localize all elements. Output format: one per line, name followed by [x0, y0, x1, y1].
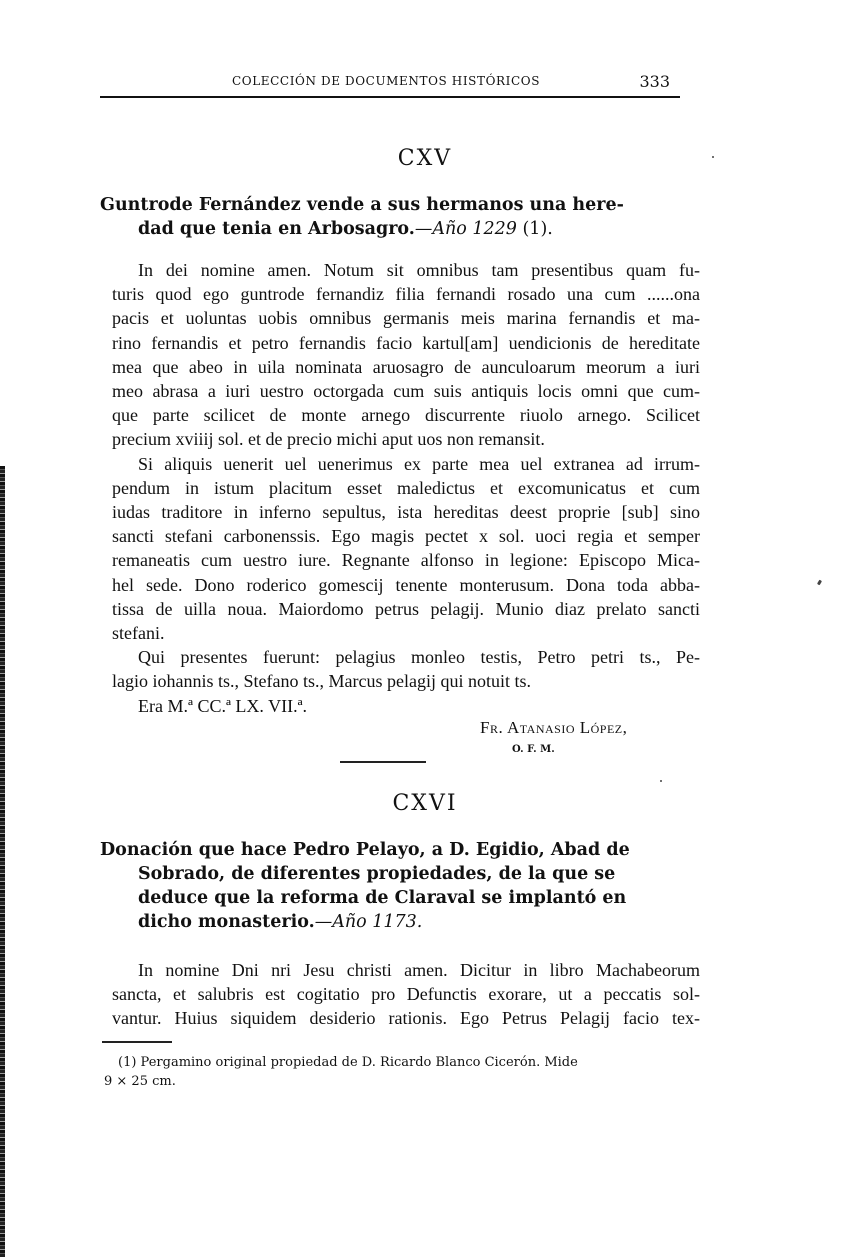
footnote: (1) Pergamino original propiedad de D. R… — [104, 1053, 700, 1091]
title-line: Guntrode Fernández vende a sus hermanos … — [100, 193, 700, 217]
text-line: tissa de uilla noua. Maiordomo petrus pe… — [112, 597, 700, 621]
document-title-cxv: Guntrode Fernández vende a sus hermanos … — [100, 193, 700, 241]
author-signature: Fr. Atanasio López, — [480, 718, 627, 738]
religious-order: O. F. M. — [512, 744, 555, 755]
text-line: mea que abeo in uila nominata aruosagro … — [112, 355, 700, 379]
scan-speck — [817, 580, 822, 586]
paragraph: Si aliquis uenerit uel uenerimus ex part… — [112, 452, 700, 646]
footnote-line: 9 × 25 cm. — [104, 1072, 700, 1091]
header-rule — [100, 96, 680, 98]
text-line: turis quod ego guntrode fernandiz filia … — [112, 282, 700, 306]
running-head: COLECCIÓN DE DOCUMENTOS HISTÓRICOS 333 — [100, 66, 680, 94]
page-binding-edge — [0, 466, 5, 1257]
text-line: In dei nomine amen. Notum sit omnibus ta… — [112, 258, 700, 282]
text-line: hel sede. Dono roderico gomescij tenente… — [112, 573, 700, 597]
document-body-cxvi: In nomine Dni nri Jesu christi amen. Dic… — [112, 958, 700, 1031]
running-head-title: COLECCIÓN DE DOCUMENTOS HISTÓRICOS — [232, 74, 540, 88]
text-line: Si aliquis uenerit uel uenerimus ex part… — [112, 452, 700, 476]
title-year: —Año 1173. — [315, 912, 423, 932]
paragraph: In nomine Dni nri Jesu christi amen. Dic… — [112, 958, 700, 1031]
text-line: sancta, et salubris est cogitatio pro De… — [112, 982, 700, 1006]
text-line: Qui presentes fuerunt: pelagius monleo t… — [112, 645, 700, 669]
scan-speck — [712, 156, 714, 158]
text-line: lagio iohannis ts., Stefano ts., Marcus … — [112, 669, 700, 693]
text-line: precium xviiij sol. et de precio michi a… — [112, 427, 700, 451]
title-line: dicho monasterio.—Año 1173. — [100, 910, 700, 934]
title-line: Sobrado, de diferentes propiedades, de l… — [100, 862, 700, 886]
page-number: 333 — [639, 72, 670, 91]
title-text: dad que tenia en Arbosagro. — [138, 219, 415, 239]
title-line: deduce que la reforma de Claraval se imp… — [100, 886, 700, 910]
footnote-line: (1) Pergamino original propiedad de D. R… — [104, 1053, 700, 1072]
scanned-page: COLECCIÓN DE DOCUMENTOS HISTÓRICOS 333 C… — [0, 0, 850, 1257]
title-year: —Año 1229 — [415, 219, 517, 239]
era-date-line: Era M.ª CC.ª LX. VII.ª. — [112, 694, 700, 718]
title-line: Donación que hace Pedro Pelayo, a D. Egi… — [100, 838, 700, 862]
document-body-cxv: In dei nomine amen. Notum sit omnibus ta… — [112, 258, 700, 718]
text-line: meo abrasa a iuri uestro octorgada cum s… — [112, 379, 700, 403]
text-line: iudas traditore in inferno sepultus, ist… — [112, 500, 700, 524]
document-title-cxvi: Donación que hace Pedro Pelayo, a D. Egi… — [100, 838, 700, 934]
text-line: pendum in istum placitum esset maledictu… — [112, 476, 700, 500]
text-line: sancti stefani carbonenssis. Ego magis p… — [112, 524, 700, 548]
paragraph: Qui presentes fuerunt: pelagius monleo t… — [112, 645, 700, 693]
text-line: In nomine Dni nri Jesu christi amen. Dic… — [112, 958, 700, 982]
text-line: vantur. Huius siquidem desiderio rationi… — [112, 1006, 700, 1030]
scan-speck — [660, 780, 662, 782]
document-number-cxvi: CXVI — [0, 791, 850, 816]
text-line: pacis et uoluntas uobis omnibus germanis… — [112, 306, 700, 330]
text-line: rino fernandis et petro fernandis facio … — [112, 331, 700, 355]
footnote-ref: (1). — [517, 219, 553, 239]
title-line: dad que tenia en Arbosagro.—Año 1229 (1)… — [100, 217, 700, 241]
document-number-cxv: CXV — [0, 146, 850, 171]
title-text: dicho monasterio. — [138, 912, 315, 932]
text-line: que parte scilicet de monte arnego discu… — [112, 403, 700, 427]
section-separator — [340, 761, 426, 763]
text-line: remaneatis cum uestro iure. Regnante alf… — [112, 548, 700, 572]
text-line: stefani. — [112, 621, 700, 645]
footnote-rule — [102, 1041, 172, 1043]
paragraph: In dei nomine amen. Notum sit omnibus ta… — [112, 258, 700, 452]
